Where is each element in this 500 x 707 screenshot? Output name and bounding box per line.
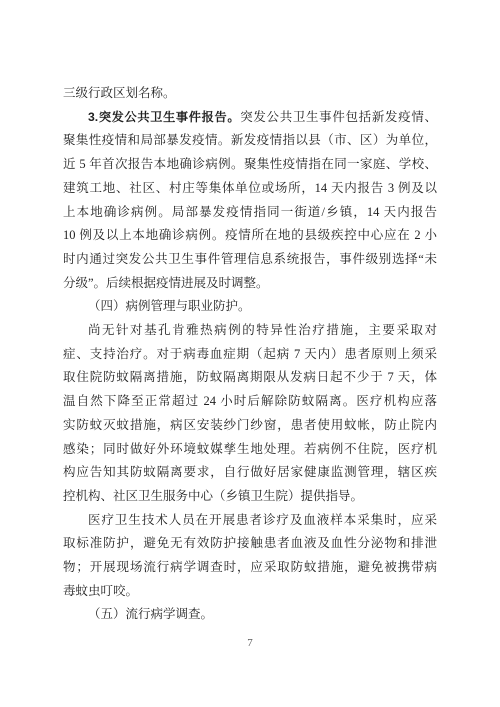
text-line: 温自然下降至正常超过 24 小时后解除防蚊隔离。医疗机构应落: [63, 390, 437, 414]
item-number-bold-lead: 3.突发公共卫生事件报告。: [88, 110, 240, 124]
text-line: 控机构、社区卫生服务中心（乡镇卫生院）提供指导。: [63, 485, 437, 509]
text-line: 上本地确诊病例。局部暴发疫情指同一街道/乡镇，14 天内报告: [63, 201, 437, 225]
text-line: 医疗卫生技术人员在开展患者诊疗及血液样本采集时，应采: [63, 509, 437, 533]
subsection-heading: （四）病例管理与职业防护。: [63, 295, 437, 319]
text-line: 实防蚊灭蚊措施，病区安装纱门纱窗，患者使用蚊帐，防止院内: [63, 414, 437, 438]
text-line: 构应告知其防蚊隔离要求，自行做好居家健康监测管理，辖区疾: [63, 461, 437, 485]
page-number: 7: [0, 636, 500, 650]
text-line: 取住院防蚊隔离措施，防蚊隔离期限从发病日起不少于 7 天，体: [63, 366, 437, 390]
text-line: 症、支持治疗。对于病毒血症期（起病 7 天内）患者原则上须采: [63, 343, 437, 367]
subsection-heading: （五）流行病学调查。: [63, 603, 437, 627]
text-line: 10 例及以上本地确诊病例。疫情所在地的县级疾控中心应在 2 小: [63, 224, 437, 248]
text-line: 尚无针对基孔肯雅热病例的特异性治疗措施，主要采取对: [63, 319, 437, 343]
text-line: 毒蚊虫叮咬。: [63, 580, 437, 604]
text-segment: 突发公共卫生事件包括新发疫情、: [240, 110, 437, 124]
text-line: 近 5 年首次报告本地确诊病例。聚集性疫情指在同一家庭、学校、: [63, 153, 437, 177]
text-line: 分级”。后续根据疫情进展及时调整。: [63, 272, 437, 296]
text-line: 时内通过突发公共卫生事件管理信息系统报告，事件级别选择“未: [63, 248, 437, 272]
text-line: 感染；同时做好外环境蚊媒孳生地处理。若病例不住院，医疗机: [63, 438, 437, 462]
text-line: 3.突发公共卫生事件报告。突发公共卫生事件包括新发疫情、: [63, 106, 437, 130]
text-line: 聚集性疫情和局部暴发疫情。新发疫情指以县（市、区）为单位，: [63, 129, 437, 153]
text-line: 物；开展现场流行病学调查时，应采取防蚊措施，避免被携带病: [63, 556, 437, 580]
document-body: 三级行政区划名称。 3.突发公共卫生事件报告。突发公共卫生事件包括新发疫情、 聚…: [63, 82, 437, 627]
text-line: 建筑工地、社区、村庄等集体单位或场所，14 天内报告 3 例及以: [63, 177, 437, 201]
text-line: 三级行政区划名称。: [63, 82, 437, 106]
text-line: 取标准防护，避免无有效防护接触患者血液及血性分泌物和排泄: [63, 532, 437, 556]
document-page: 三级行政区划名称。 3.突发公共卫生事件报告。突发公共卫生事件包括新发疫情、 聚…: [0, 0, 500, 707]
